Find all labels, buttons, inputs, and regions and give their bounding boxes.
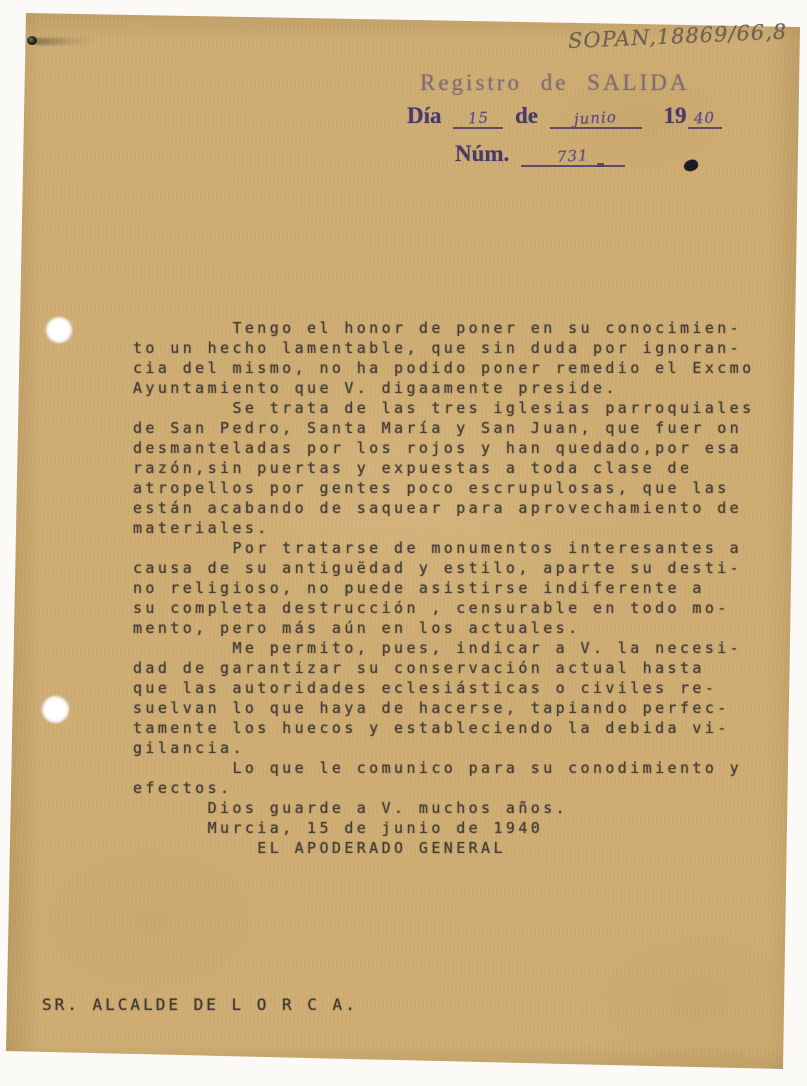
typed-line: materiales.	[133, 518, 773, 538]
hole-punch-bottom	[42, 696, 69, 723]
typed-line: Me permito, pues, indicar a V. la necesi…	[133, 638, 773, 658]
letter-body: Tengo el honor de poner en su conocimien…	[133, 318, 773, 858]
stamp-of-label: de	[515, 103, 538, 128]
addressee-line: SR. ALCALDE DE L O R C A.	[42, 995, 358, 1014]
typed-line: razón,sin puertas y expuestas a toda cla…	[133, 458, 773, 478]
stamp-month-value: junio	[574, 110, 618, 127]
typed-line: suelvan lo que haya de hacerse, tapiando…	[133, 698, 773, 718]
stamp-day-label: Día	[407, 103, 442, 128]
registry-stamp-title: Registro de SALIDA	[420, 70, 689, 96]
typed-line: causa de su antiguëdad y estilo, aparte …	[133, 558, 773, 578]
typed-line: no religioso, no puede asistirse indifer…	[133, 578, 773, 598]
stamp-year-blank: 40	[688, 104, 722, 129]
stamp-month-blank: junio	[550, 104, 642, 129]
typed-line: to un hecho lamentable, que sin duda por…	[133, 338, 773, 358]
typed-line: que las autoridades eclesiásticas o civi…	[133, 678, 773, 698]
typed-line: cia del mismo, no ha podido poner remedi…	[133, 358, 773, 378]
registry-stamp-number-row: Núm. 731	[455, 141, 631, 167]
stamp-day-value: 15	[467, 110, 489, 126]
typed-line: efectos.	[133, 778, 773, 798]
typed-line: dad de garantizar su conservación actual…	[133, 658, 773, 678]
stamp-number-label: Núm.	[455, 141, 509, 166]
typed-line: mento, pero más aún en los actuales.	[133, 618, 773, 638]
typed-line: su completa destrucción , censurable en …	[133, 598, 773, 618]
stamp-number-blank: 731	[521, 142, 625, 167]
typed-line: gilancia.	[133, 738, 773, 758]
typed-line: de San Pedro, Santa María y San Juan, qu…	[133, 418, 773, 438]
typed-line: Ayuntamiento que V. digaamente preside.	[133, 378, 773, 398]
typed-line: Lo que le comunico para su conodimiento …	[133, 758, 773, 778]
typed-line: Dios guarde a V. muchos años.	[133, 798, 773, 818]
registry-stamp-date-row: Día 15 de junio 1940	[407, 103, 728, 129]
typed-line: están acabando de saquear para aprovecha…	[133, 498, 773, 518]
ink-dash	[597, 163, 604, 167]
typed-line: Murcia, 15 de junio de 1940	[133, 818, 773, 838]
stamp-day-blank: 15	[453, 104, 503, 129]
stamp-number-value: 731	[557, 148, 589, 165]
typed-line: EL APODERADO GENERAL	[133, 838, 773, 858]
hole-punch-top	[46, 317, 72, 343]
typed-line: Se trata de las tres iglesias parroquial…	[133, 398, 773, 418]
typed-line: desmanteladas por los rojos y han quedad…	[133, 438, 773, 458]
stamp-year-printed: 19	[664, 103, 687, 128]
typed-line: tamente los huecos y estableciendo la de…	[133, 718, 773, 738]
staple-smudge	[34, 38, 94, 45]
scanned-document-page: SOPAN,18869/66,8 Registro de SALIDA Día …	[0, 0, 807, 1086]
typed-line: Por tratarse de monumentos interesantes …	[133, 538, 773, 558]
typed-line: atropellos por gentes poco escrupulosas,…	[133, 478, 773, 498]
typed-line: Tengo el honor de poner en su conocimien…	[133, 318, 773, 338]
stamp-year-value: 40	[694, 110, 716, 126]
